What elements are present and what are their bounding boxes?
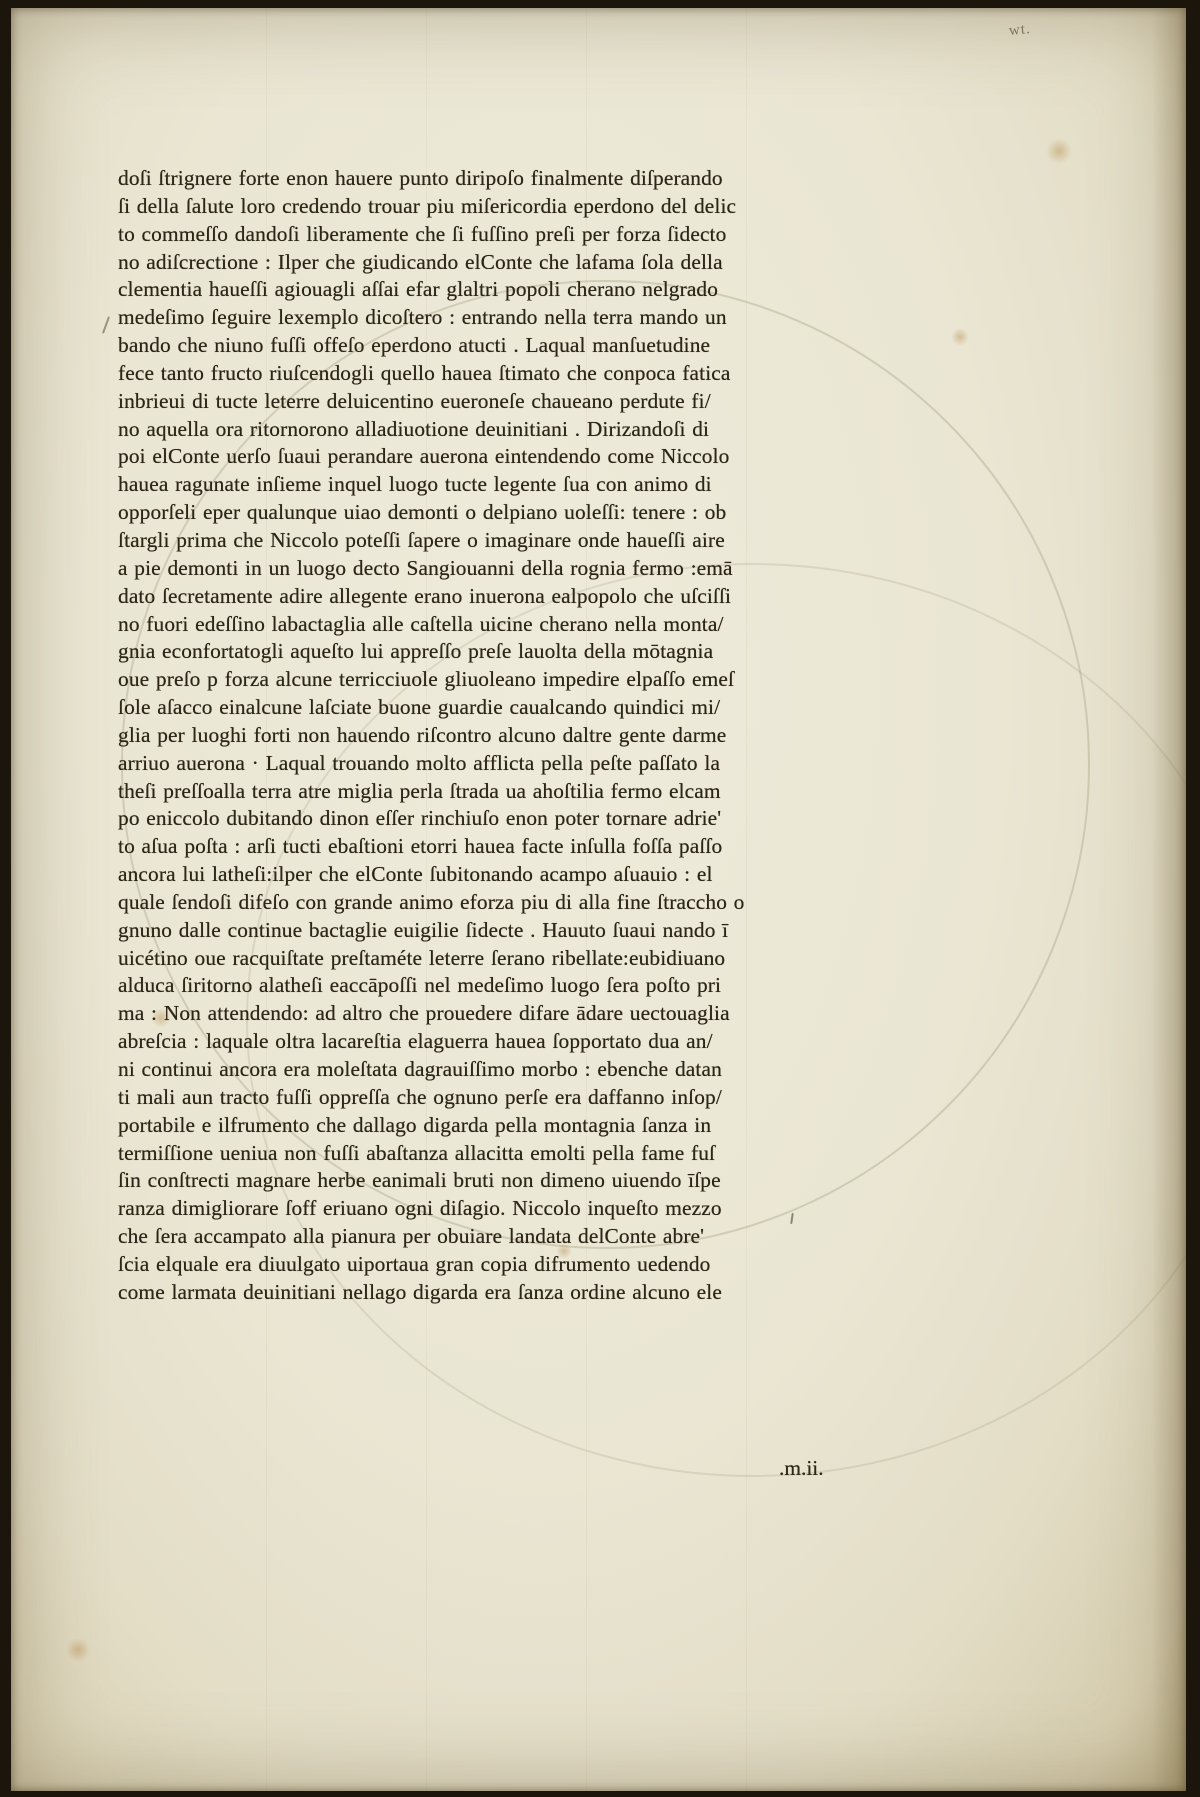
text-line: fece tanto fructo riuſcendogli quello ha… — [118, 360, 818, 388]
text-line: ti mali aun tracto fuſſi oppreſſa che og… — [118, 1084, 818, 1112]
paper: wt. doſi ſtrignere forte enon hauere pun… — [11, 8, 1186, 1791]
text-line: no fuori edeſſino labactaglia alle caſte… — [118, 611, 818, 639]
text-line: abreſcia : laquale oltra lacareſtia elag… — [118, 1028, 818, 1056]
text-line: ſole aſacco einalcune laſciate buone gua… — [118, 694, 818, 722]
text-line: che ſera accampato alla pianura per obui… — [118, 1223, 818, 1251]
text-line: alduca ſiritorno alatheſi eaccāpoſſi nel… — [118, 972, 818, 1000]
text-block: doſi ſtrignere forte enon hauere punto d… — [118, 165, 818, 1307]
text-line: theſi preſſoalla terra atre miglia perla… — [118, 778, 818, 806]
text-line: ma : Non attendendo: ad altro che proued… — [118, 1000, 818, 1028]
text-line: come larmata deuinitiani nellago digarda… — [118, 1279, 818, 1307]
handwritten-corner-mark: wt. — [1008, 21, 1031, 40]
foxing-spot — [1046, 138, 1072, 164]
text-line: arriuo auerona · Laqual trouando molto a… — [118, 750, 818, 778]
text-line: gnuno dalle continue bactaglie euigilie … — [118, 917, 818, 945]
text-line: po eniccolo dubitando dinon eſſer rinchi… — [118, 805, 818, 833]
text-line: ni continui ancora era moleſtata dagraui… — [118, 1056, 818, 1084]
text-line: to aſua poſta : arſi tucti ebaſtioni eto… — [118, 833, 818, 861]
foxing-spot — [66, 1638, 90, 1662]
text-line: bando che niuno fuſſi offeſo eperdono at… — [118, 332, 818, 360]
text-line: ſcia elquale era diuulgato uiportaua gra… — [118, 1251, 818, 1279]
text-line: gnia econfortatogli aqueſto lui appreſſo… — [118, 638, 818, 666]
scanned-page: wt. doſi ſtrignere forte enon hauere pun… — [0, 0, 1200, 1797]
text-line: medeſimo ſeguire lexemplo dicoſtero : en… — [118, 304, 818, 332]
margin-pen-mark — [102, 316, 110, 334]
text-line: uicétino oue racquiſtate preſtaméte lete… — [118, 945, 818, 973]
text-line: hauea ragunate inſieme inquel luogo tuct… — [118, 471, 818, 499]
text-line: no adiſcrectione : Ilper che giudicando … — [118, 249, 818, 277]
text-line: portabile e ilfrumento che dallago digar… — [118, 1112, 818, 1140]
text-line: clementia haueſſi agiouagli aſſai efar g… — [118, 276, 818, 304]
text-line: ſtargli prima che Niccolo poteſſi ſapere… — [118, 527, 818, 555]
foxing-spot — [951, 328, 969, 346]
text-line: ſi della ſalute loro credendo trouar piu… — [118, 193, 818, 221]
text-line: opporſeli eper qualunque uiao demonti o … — [118, 499, 818, 527]
quire-signature: .m.ii. — [779, 1456, 824, 1481]
text-line: termiſſione ueniua non fuſſi abaſtanza a… — [118, 1140, 818, 1168]
text-line: inbrieui di tucte leterre deluicentino e… — [118, 388, 818, 416]
text-line: dato ſecretamente adire allegente erano … — [118, 583, 818, 611]
text-line: ancora lui latheſi:ilper che elConte ſub… — [118, 861, 818, 889]
text-line: oue preſo p forza alcune terricciuole gl… — [118, 666, 818, 694]
text-line: glia per luoghi forti non hauendo riſcon… — [118, 722, 818, 750]
text-line: a pie demonti in un luogo decto Sangioua… — [118, 555, 818, 583]
text-line: no aquella ora ritornorono alladiuotione… — [118, 416, 818, 444]
text-line: ranza dimigliorare ſoff eriuano ogni diſ… — [118, 1195, 818, 1223]
text-line: ſin conſtrecti magnare herbe eanimali br… — [118, 1167, 818, 1195]
text-line: quale ſendoſi difeſo con grande animo ef… — [118, 889, 818, 917]
text-line: poi elConte uerſo ſuaui perandare aueron… — [118, 443, 818, 471]
text-line: doſi ſtrignere forte enon hauere punto d… — [118, 165, 818, 193]
text-line: to commeſſo dandoſi liberamente che ſi f… — [118, 221, 818, 249]
